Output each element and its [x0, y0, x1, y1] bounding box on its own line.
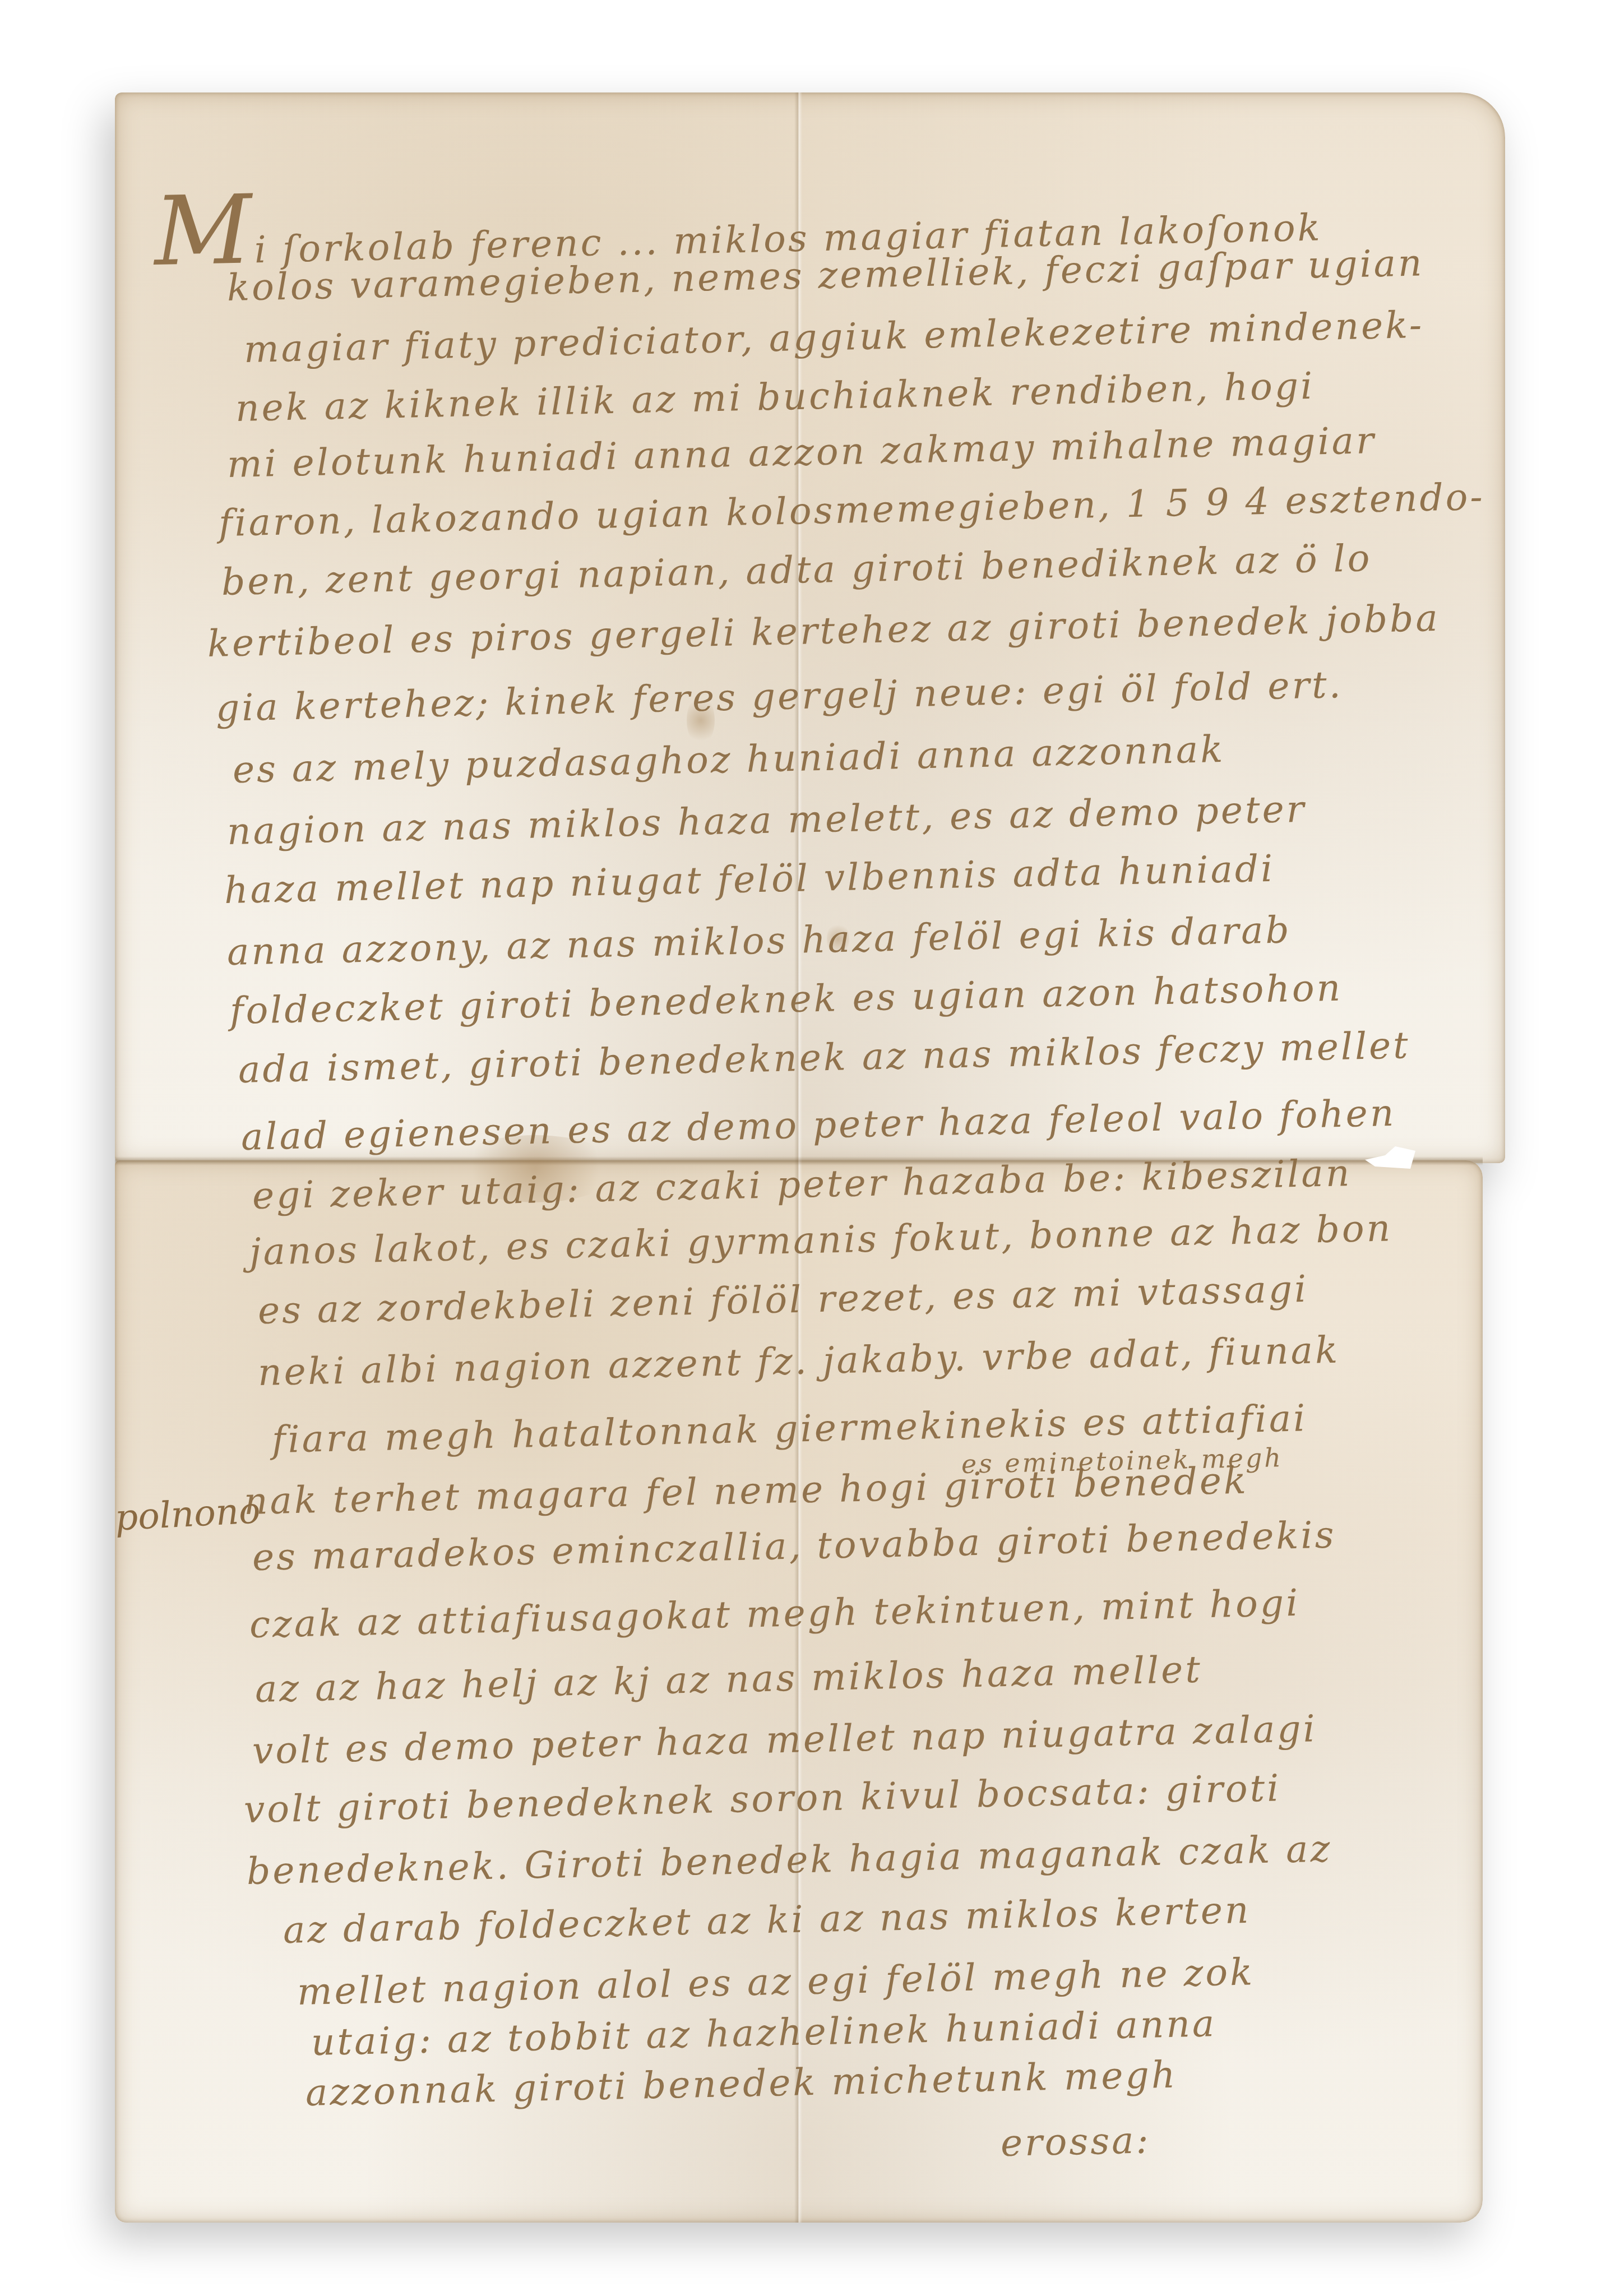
- photo-stage: Mi ſorkolab ferenc ... miklos magiar fia…: [0, 0, 1606, 2296]
- manuscript-line-33: erossa:: [1000, 2118, 1151, 2165]
- manuscript-sheet: Mi ſorkolab ferenc ... miklos magiar fia…: [115, 92, 1505, 2223]
- margin-note: polnono: [114, 1490, 261, 1539]
